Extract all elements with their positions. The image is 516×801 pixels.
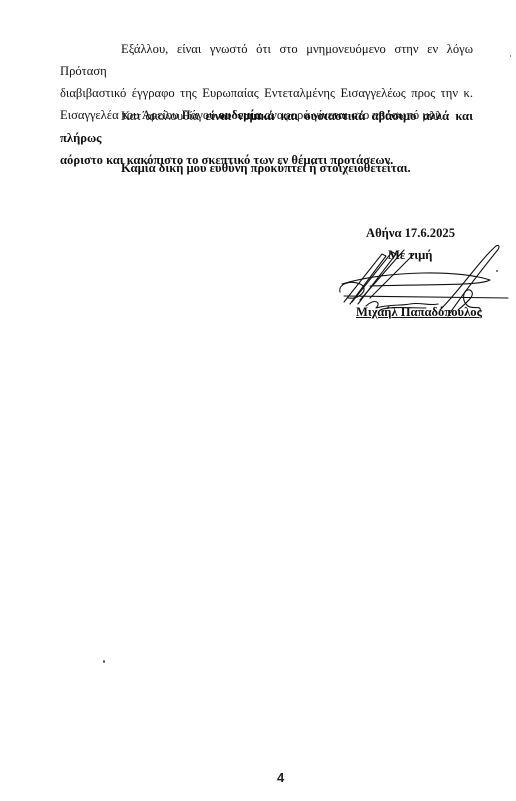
paragraph-1-line-1: Εξάλλου, είναι γνωστό ότι στο μνημονευόμ… — [60, 38, 473, 82]
text-span: Εξάλλου, είναι γνωστό ότι στο μνημονευόμ… — [60, 42, 473, 78]
page-number: 4 — [277, 770, 284, 785]
scan-speck — [496, 270, 498, 272]
closing-regards: Με τιμή — [388, 248, 432, 262]
document-page: Εξάλλου, είναι γνωστό ότι στο μνημονευόμ… — [0, 0, 516, 801]
scan-speck — [103, 660, 105, 663]
paragraph-1-line-2: διαβιβαστικό έγγραφο της Ευρωπαίας Εντετ… — [60, 82, 473, 104]
paragraph-3: Καμία δική μου ευθύνη προκύπτει ή στοιχε… — [60, 157, 473, 179]
place-date: Αθήνα 17.6.2025 — [366, 226, 455, 240]
text-span: διαβιβαστικό έγγραφο της Ευρωπαίας Εντετ… — [60, 86, 473, 100]
paragraph-3-line-1: Καμία δική μου ευθύνη προκύπτει ή στοιχε… — [60, 157, 473, 179]
text-span: Καμία δική μου ευθύνη προκύπτει ή στοιχε… — [121, 161, 411, 175]
scan-speck — [510, 55, 511, 57]
text-span: Κατ΄ακολουθία — [121, 109, 205, 123]
paragraph-2-line-1: Κατ΄ακολουθία είναι νομικά και ουσιαστικ… — [60, 105, 473, 149]
signer-name: Μιχαήλ Παπαδόπουλος — [356, 305, 482, 319]
